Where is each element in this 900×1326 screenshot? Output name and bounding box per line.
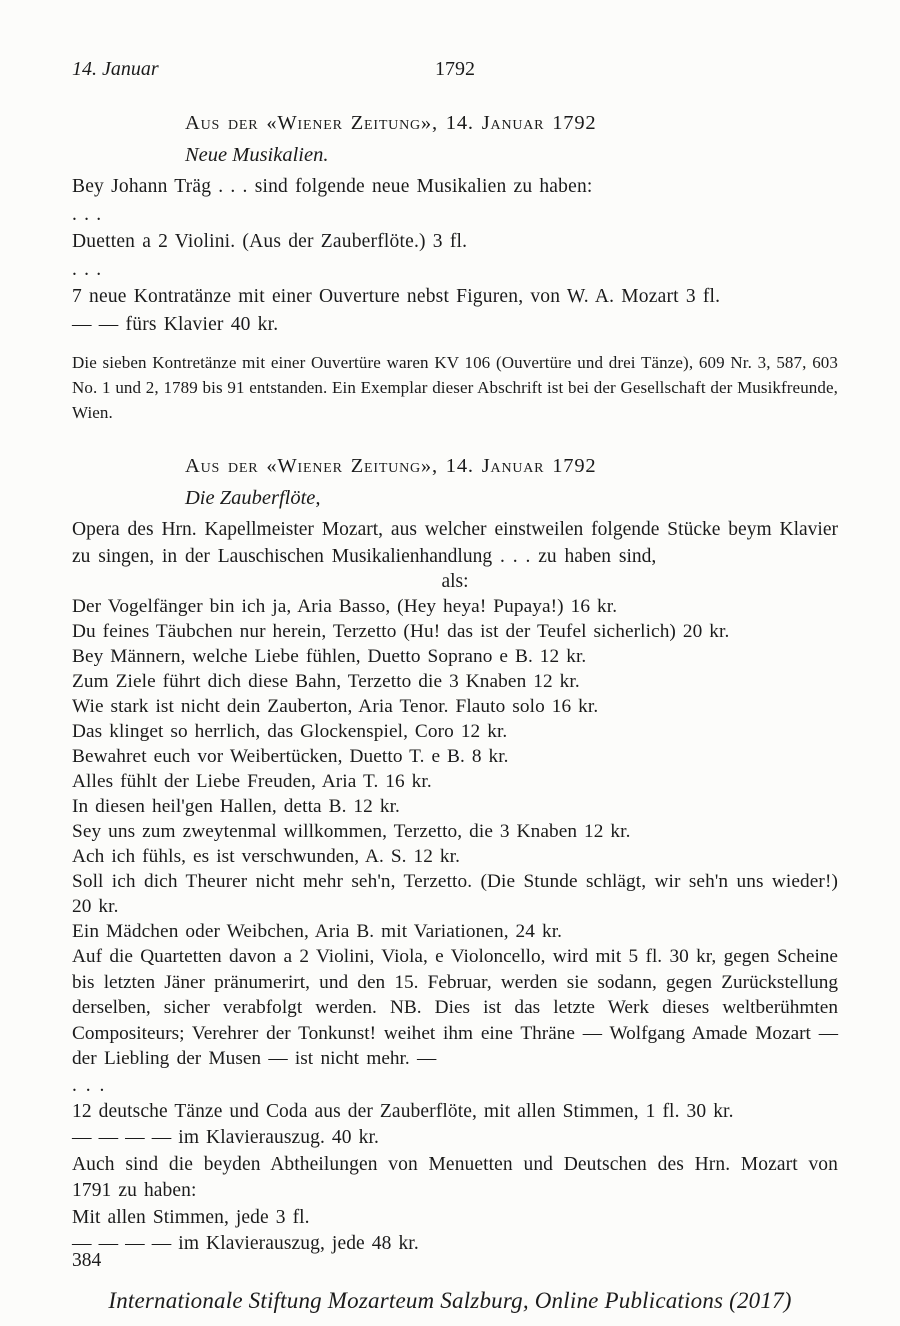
list-item: Der Vogelfänger bin ich ja, Aria Basso, … [72, 594, 838, 619]
running-head-year: 1792 [72, 56, 838, 82]
list-item: Das klinget so herrlich, das Glockenspie… [72, 719, 838, 744]
list-item: Bewahret euch vor Weibertücken, Duetto T… [72, 744, 838, 769]
section1-body: Bey Johann Träg . . . sind folgende neue… [72, 173, 838, 338]
list-item: In diesen heil'gen Hallen, detta B. 12 k… [72, 794, 838, 819]
footer-credit: Internationale Stiftung Mozarteum Salzbu… [0, 1288, 900, 1314]
musikalien-list: Der Vogelfänger bin ich ja, Aria Basso, … [72, 594, 838, 944]
running-head: 14. Januar 1792 [72, 56, 838, 82]
ellipsis-line: . . . [72, 1072, 838, 1099]
scanned-document-page: 14. Januar 1792 Aus der «Wiener Zeitung»… [0, 0, 900, 1326]
list-item: Sey uns zum zweytenmal willkommen, Terze… [72, 819, 838, 844]
section2-intro-paragraph: Opera des Hrn. Kapellmeister Mozart, aus… [72, 516, 838, 570]
section2-heading: Aus der «Wiener Zeitung», 14. Januar 179… [185, 453, 838, 479]
list-item: Soll ich dich Theurer nicht mehr seh'n, … [72, 869, 838, 919]
section2-subheading: Die Zauberflöte, [185, 485, 838, 511]
body-line: Bey Johann Träg . . . sind folgende neue… [72, 173, 838, 201]
page-number: 384 [72, 1250, 101, 1272]
list-item: Alles fühlt der Liebe Freuden, Aria T. 1… [72, 769, 838, 794]
list-item: Bey Männern, welche Liebe fühlen, Duetto… [72, 644, 838, 669]
section1-subheading: Neue Musikalien. [185, 142, 838, 168]
list-item: Wie stark ist nicht dein Zauberton, Aria… [72, 694, 838, 719]
list-item: Du feines Täubchen nur herein, Terzetto … [72, 619, 838, 644]
closing-line: Auch sind die beyden Abtheilungen von Me… [72, 1152, 838, 1205]
body-line: — — fürs Klavier 40 kr. [72, 311, 838, 339]
closing-block: 12 deutsche Tänze und Coda aus der Zaube… [72, 1099, 838, 1258]
section-neue-musikalien: Aus der «Wiener Zeitung», 14. Januar 179… [72, 110, 838, 425]
closing-line: — — — — im Klavierauszug. 40 kr. [72, 1125, 838, 1152]
ellipsis-line: . . . [72, 201, 838, 229]
section-die-zauberfloete: Aus der «Wiener Zeitung», 14. Januar 179… [72, 453, 838, 1258]
quartet-paragraph: Auf die Quartetten davon a 2 Violini, Vi… [72, 944, 838, 1072]
ellipsis-line: . . . [72, 256, 838, 284]
closing-line: — — — — im Klavierauszug, jede 48 kr. [72, 1231, 838, 1258]
list-item: Ach ich fühls, es ist verschwunden, A. S… [72, 844, 838, 869]
body-line: Duetten a 2 Violini. (Aus der Zauberflöt… [72, 228, 838, 256]
closing-line: Mit allen Stimmen, jede 3 fl. [72, 1205, 838, 1232]
closing-line: 12 deutsche Tänze und Coda aus der Zaube… [72, 1099, 838, 1126]
als-label: als: [72, 570, 838, 594]
section1-heading: Aus der «Wiener Zeitung», 14. Januar 179… [185, 110, 838, 136]
list-item: Ein Mädchen oder Weibchen, Aria B. mit V… [72, 919, 838, 944]
list-item: Zum Ziele führt dich diese Bahn, Terzett… [72, 669, 838, 694]
section1-footnote: Die sieben Kontretänze mit einer Ouvertü… [72, 350, 838, 425]
body-line: 7 neue Kontratänze mit einer Ouverture n… [72, 283, 838, 311]
